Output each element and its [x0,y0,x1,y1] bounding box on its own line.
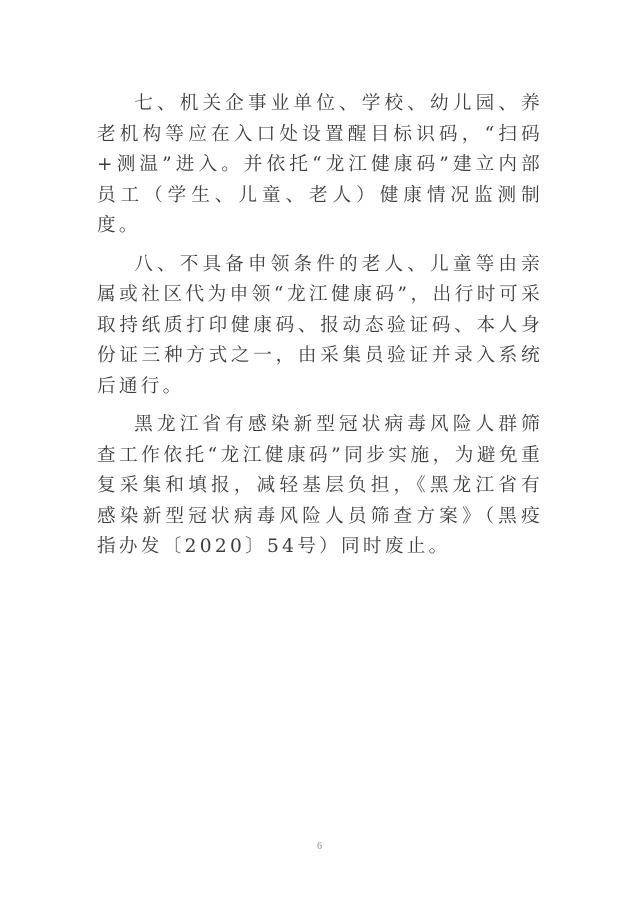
paragraph-item-7: 七、机关企事业单位、学校、幼儿园、养老机构等应在入口处设置醒目标识码，“扫码+测… [97,89,543,242]
document-body: 七、机关企事业单位、学校、幼儿园、养老机构等应在入口处设置醒目标识码，“扫码+测… [97,89,543,563]
page-number: 6 [0,841,639,852]
paragraph-screening-note: 黑龙江省有感染新型冠状病毒风险人群筛查工作依托“龙江健康码”同步实施，为避免重复… [97,410,543,563]
document-page: 七、机关企事业单位、学校、幼儿园、养老机构等应在入口处设置醒目标识码，“扫码+测… [0,0,639,910]
paragraph-item-8: 八、不具备申领条件的老人、儿童等由亲属或社区代为申领“龙江健康码”，出行时可采取… [97,250,543,403]
